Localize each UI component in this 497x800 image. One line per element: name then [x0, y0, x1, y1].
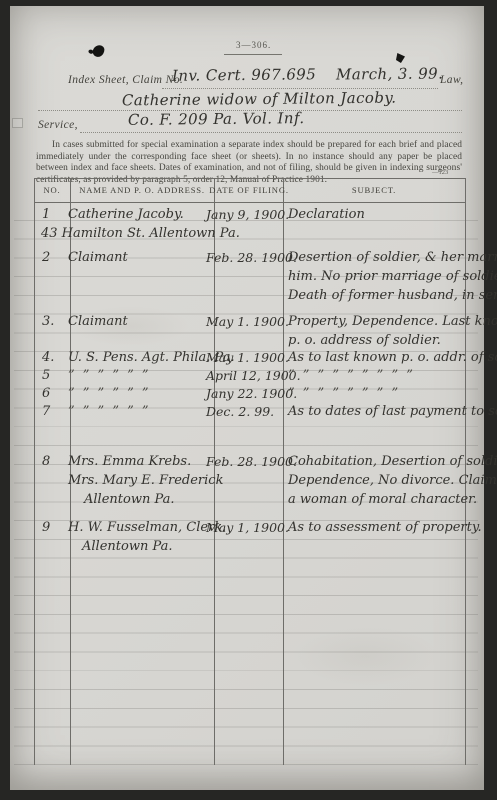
- entry-no: 5: [42, 366, 50, 385]
- entry-subject-line: Desertion of soldier, & her marriage to: [288, 248, 497, 267]
- entry-date: May 1. 1900.: [206, 348, 289, 367]
- table-border-left: [34, 178, 35, 765]
- entry-name-line: ” ” ” ” ” ”: [68, 366, 151, 385]
- entry-subject-line: ” ” ” ” ” ” ” ” ”: [288, 366, 415, 385]
- entry-subject-line: Cohabitation, Desertion of soldier,: [288, 452, 497, 471]
- document-page: 3—306. Index Sheet, Claim No. Inv. Cert.…: [10, 6, 484, 790]
- entry-subject-line: Property, Dependence. Last known: [288, 312, 497, 331]
- entry-no: 7: [42, 402, 50, 421]
- table-top-border: [34, 178, 465, 179]
- entry-no: 9: [42, 518, 50, 537]
- claim-line-prefix: Index Sheet, Claim No.: [68, 74, 183, 86]
- table-header-border: [34, 202, 465, 203]
- col-header-date: DATE OF FILING.: [209, 185, 289, 195]
- entry-no: 3.: [42, 312, 54, 331]
- entry-no: 6: [42, 384, 50, 403]
- col-header-name: NAME AND P. O. ADDRESS.: [79, 185, 205, 195]
- entry-subject-line: Dependence, No divorce. Claimant: [288, 471, 497, 490]
- entry-name-line: Claimant: [68, 312, 128, 331]
- ink-blot-right: [396, 53, 405, 63]
- entry-no: 8: [42, 452, 50, 471]
- ink-blot-left: [91, 44, 105, 59]
- entry-no: 4.: [42, 348, 54, 367]
- entry-name-line: Mrs. Mary E. Frederick: [68, 471, 223, 490]
- service-handwriting: Co. F. 209 Pa. Vol. Inf.: [128, 109, 305, 129]
- claim-number-handwriting: Inv. Cert. 967.695: [172, 65, 316, 85]
- entry-date: Feb. 28. 1900.: [206, 452, 297, 471]
- entry-subject-line: Death of former husband, in service.: [288, 286, 497, 305]
- law-label: Law,: [440, 74, 463, 86]
- entry-date: Jany 9, 1900.: [206, 205, 289, 224]
- entry-date: Jany 22. 1900.: [206, 384, 297, 403]
- service-label: Service,: [38, 119, 78, 131]
- entry-date: May 1. 1900.: [206, 312, 289, 331]
- form-number-rule: [224, 54, 282, 55]
- entry-date: Feb. 28. 1900.: [206, 248, 297, 267]
- entry-name-line: H. W. Fusselman, Clerk.: [68, 518, 226, 537]
- form-number: 3—306.: [236, 40, 271, 50]
- entry-subject-line: Declaration: [288, 205, 365, 224]
- entry-subject-line: a woman of moral character.: [288, 490, 477, 509]
- entry-name-line: Allentown Pa.: [82, 537, 173, 556]
- entry-no: 1: [42, 205, 50, 224]
- entry-name-line: Claimant: [68, 248, 128, 267]
- entry-name-line: 43 Hamilton St. Allentown Pa.: [41, 224, 240, 243]
- margin-check-box: [12, 118, 23, 128]
- entry-name-line: Allentown Pa.: [84, 490, 175, 509]
- entry-name-line: Mrs. Emma Krebs.: [68, 452, 191, 471]
- col-header-no: NO.: [44, 185, 61, 195]
- scanned-document-photo: { "page": { "form_number": "3—306.", "cl…: [0, 0, 497, 800]
- claim-date-handwriting: March, 3. 99.: [336, 64, 443, 83]
- claimant-handwriting: Catherine widow of Milton Jacoby.: [122, 89, 397, 110]
- entry-name-line: ” ” ” ” ” ”: [68, 384, 151, 403]
- entry-name-line: ” ” ” ” ” ”: [68, 402, 151, 421]
- entry-date: Dec. 2. 99.: [206, 402, 274, 421]
- col-header-subject: SUBJECT.: [352, 185, 396, 195]
- instructions-paragraph: In cases submitted for special examinati…: [36, 140, 462, 187]
- entry-subject-line: As to assessment of property.: [288, 518, 482, 537]
- entry-subject-line: ” ” ” ” ” ” ” ”: [288, 384, 400, 403]
- entry-name-line: Catherine Jacoby.: [68, 205, 184, 224]
- entry-subject-line: him. No prior marriage of soldier.: [288, 267, 497, 286]
- entry-no: 2: [42, 248, 50, 267]
- instructions-note: —123: [432, 169, 448, 176]
- entry-date: May 1, 1900.: [206, 518, 289, 537]
- entry-subject-line: As to last known p. o. addr. of soldier.: [288, 348, 497, 367]
- entry-date: April 12, 1900.: [206, 366, 301, 385]
- entry-subject-line: As to dates of last payment to soldier.: [288, 402, 497, 421]
